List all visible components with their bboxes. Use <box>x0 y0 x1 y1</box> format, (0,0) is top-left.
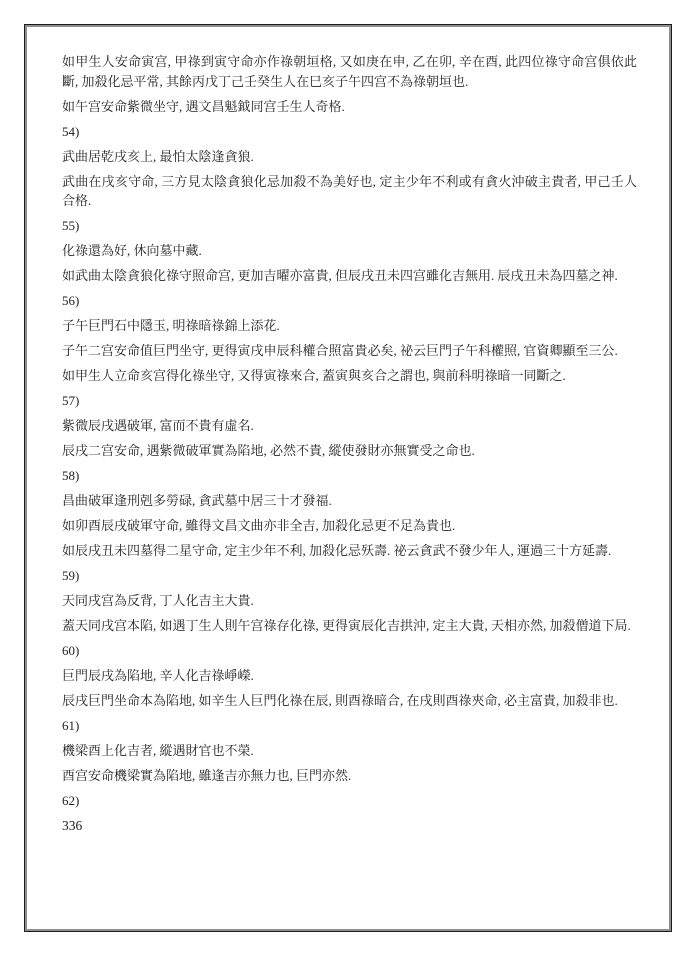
page-number: 336 <box>62 816 637 836</box>
page-content: 如甲生人安命寅宫, 甲祿到寅守命亦作祿朝垣格, 又如庚在申, 乙在卯, 辛在酉,… <box>27 27 669 929</box>
paragraph: 機梁酉上化吉者, 縱遇財官也不榮. <box>62 741 637 761</box>
paragraph: 如卯酉辰戌破軍守命, 雖得文昌文曲亦非全吉, 加殺化忌更不足為貴也. <box>62 516 637 536</box>
paragraph: 酉宫安命機梁實為陷地, 雖逢吉亦無力也, 巨門亦然. <box>62 766 637 786</box>
paragraph: 辰戌二宫安命, 遇紫微破軍實為陷地, 必然不貴, 縱使發財亦無實受之命也. <box>62 441 637 461</box>
paragraph: 蓋天同戌宫本陷, 如遇丁生人則午宫祿存化祿, 更得寅辰化吉拱沖, 定主大貴, 天… <box>62 616 637 636</box>
paragraph: 天同戌宫為反背, 丁人化吉主大貴. <box>62 591 637 611</box>
page-frame-outer: 如甲生人安命寅宫, 甲祿到寅守命亦作祿朝垣格, 又如庚在申, 乙在卯, 辛在酉,… <box>24 24 672 932</box>
section-number: 55) <box>62 216 637 236</box>
section-number: 62) <box>62 791 637 811</box>
paragraph: 化祿還為好, 休向墓中藏. <box>62 241 637 261</box>
section-number: 60) <box>62 641 637 661</box>
paragraph: 如午宫安命紫微坐守, 遇文昌魁鉞同宫壬生人奇格. <box>62 97 637 117</box>
paragraph: 如甲生人安命寅宫, 甲祿到寅守命亦作祿朝垣格, 又如庚在申, 乙在卯, 辛在酉,… <box>62 52 637 91</box>
paragraph: 巨門辰戌為陷地, 辛人化吉祿崢嶸. <box>62 666 637 686</box>
paragraph: 如武曲太陰貪狼化祿守照命宫, 更加吉曜亦富貴, 但辰戌丑未四宫雖化吉無用. 辰戌… <box>62 266 637 286</box>
paragraph: 子午巨門石中隱玉, 明祿暗祿錦上添花. <box>62 316 637 336</box>
paragraph: 子午二宫安命值巨門坐守, 更得寅戌申辰科權合照富貴必矣, 祕云巨門子午科權照, … <box>62 341 637 361</box>
paragraph: 如甲生人立命亥宫得化祿坐守, 又得寅祿來合, 蓋寅與亥合之謂也, 與前科明祿暗一… <box>62 366 637 386</box>
paragraph: 如辰戌丑未四墓得二星守命, 定主少年不利, 加殺化忌殀壽. 祕云貪武不發少年人,… <box>62 541 637 561</box>
paragraph: 武曲居乾戌亥上, 最怕太陰逢貪狼. <box>62 147 637 167</box>
paragraph: 昌曲破軍逢刑剋多勞碌, 貪武墓中居三十才發福. <box>62 491 637 511</box>
paragraph: 武曲在戌亥守命, 三方見太陰貪狼化忌加殺不為美好也, 定主少年不利或有貪火沖破主… <box>62 172 637 211</box>
document-page: 如甲生人安命寅宫, 甲祿到寅守命亦作祿朝垣格, 又如庚在申, 乙在卯, 辛在酉,… <box>0 0 700 960</box>
section-number: 57) <box>62 391 637 411</box>
section-number: 54) <box>62 122 637 142</box>
section-number: 59) <box>62 566 637 586</box>
section-number: 56) <box>62 291 637 311</box>
paragraph: 辰戌巨門坐命本為陷地, 如辛生人巨門化祿在辰, 則酉祿暗合, 在戌則酉祿夾命, … <box>62 691 637 711</box>
section-number: 58) <box>62 466 637 486</box>
section-number: 61) <box>62 716 637 736</box>
paragraph: 紫微辰戌遇破軍, 富而不貴有虛名. <box>62 416 637 436</box>
page-frame-inner: 如甲生人安命寅宫, 甲祿到寅守命亦作祿朝垣格, 又如庚在申, 乙在卯, 辛在酉,… <box>25 25 671 931</box>
